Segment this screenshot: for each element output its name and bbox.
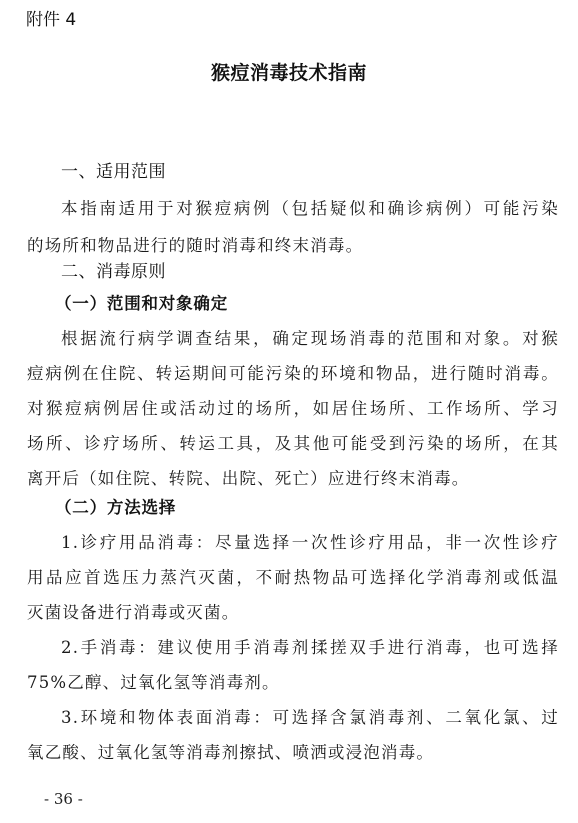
list-item-line: 2.手消毒：建议使用手消毒剂揉搓双手进行消毒，也可选择 — [61, 636, 559, 660]
list-item-line: 灭菌设备进行消毒或灭菌。 — [27, 601, 559, 625]
list-item-line: 用品应首选压力蒸汽灭菌，不耐热物品可选择化学消毒剂或低温 — [27, 566, 559, 590]
page-number: - 36 - — [44, 789, 83, 809]
document-title: 猴痘消毒技术指南 — [0, 60, 578, 86]
list-item-line: 1.诊疗用品消毒：尽量选择一次性诊疗用品，非一次性诊疗 — [61, 531, 559, 555]
paragraph-line: 离开后（如住院、转院、出院、死亡）应进行终末消毒。 — [27, 467, 559, 491]
section-heading-scope: 一、适用范围 — [61, 160, 559, 184]
attachment-label: 附件 4 — [26, 9, 76, 31]
paragraph-line: 场所、诊疗场所、转运工具，及其他可能受到污染的场所，在其 — [27, 432, 559, 456]
section-heading-principles: 二、消毒原则 — [61, 260, 559, 284]
subsection-heading-scope-and-objects: （一）范围和对象确定 — [55, 292, 578, 316]
list-item-line: 3.环境和物体表面消毒：可选择含氯消毒剂、二氧化氯、过 — [61, 706, 559, 730]
paragraph-line: 的场所和物品进行的随时消毒和终末消毒。 — [27, 234, 559, 258]
paragraph-line: 根据流行病学调查结果，确定现场消毒的范围和对象。对猴 — [61, 327, 559, 351]
paragraph-line: 本指南适用于对猴痘病例（包括疑似和确诊病例）可能污染 — [61, 197, 559, 221]
subsection-heading-method-selection: （二）方法选择 — [55, 496, 578, 520]
list-item-line: 氧乙酸、过氧化氢等消毒剂擦拭、喷洒或浸泡消毒。 — [27, 741, 559, 765]
document-page: 附件 4 猴痘消毒技术指南 一、适用范围 本指南适用于对猴痘病例（包括疑似和确诊… — [0, 0, 578, 823]
paragraph-line: 对猴痘病例居住或活动过的场所，如居住场所、工作场所、学习 — [27, 397, 559, 421]
paragraph-line: 痘病例在住院、转运期间可能污染的环境和物品，进行随时消毒。 — [27, 362, 559, 386]
list-item-line: 75%乙醇、过氧化氢等消毒剂。 — [27, 671, 559, 695]
